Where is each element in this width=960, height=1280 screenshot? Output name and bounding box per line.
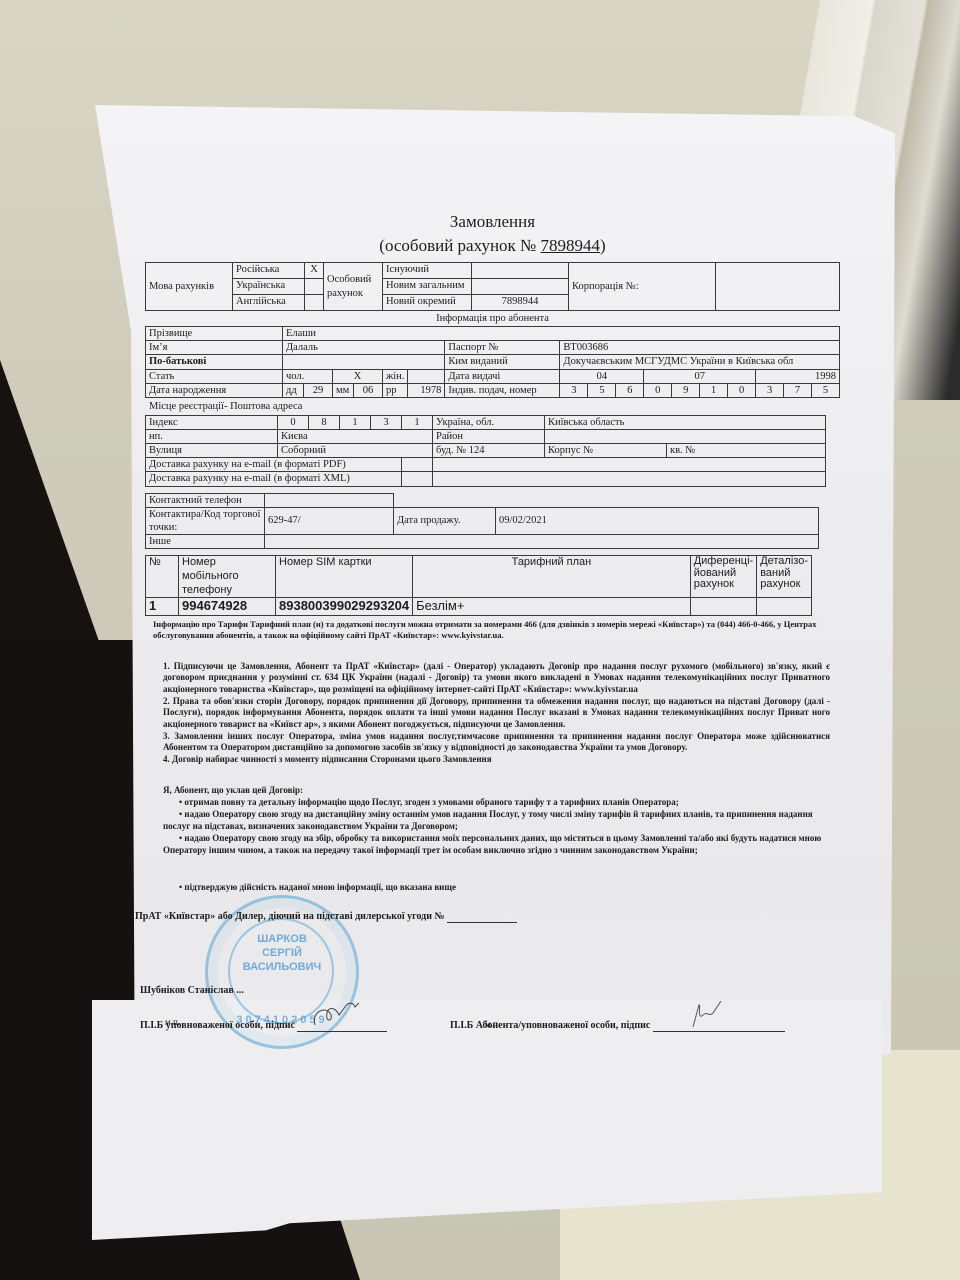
subscriber-section-title: Інформація про абонента xyxy=(145,312,840,325)
agent-name: Шубніков Станіслав ... xyxy=(140,985,244,998)
plan-row-detail xyxy=(757,598,812,615)
personal-account-label: Особовий рахунок xyxy=(324,263,383,311)
birth-day-label: дд xyxy=(283,383,304,397)
patronymic-value xyxy=(283,355,445,369)
issue-date-label: Дата видачі xyxy=(445,369,560,383)
tax-id-digit: 6 xyxy=(616,383,644,397)
subscriber-signature xyxy=(653,1001,785,1033)
address-section-title: Місце реєстрації- Поштова адреса xyxy=(149,400,836,413)
contact-table: Контактний телефон Контактира/Код торгов… xyxy=(145,493,819,550)
block-label: Корпус № xyxy=(545,444,667,458)
subtitle-suffix: ) xyxy=(600,236,606,255)
issue-date-day: 04 xyxy=(560,369,644,383)
region-value: Київська область xyxy=(545,415,826,429)
building-label: буд. № 124 xyxy=(433,444,545,458)
plan-header-diff: Диференці-йований рахунок xyxy=(690,556,756,598)
subscriber-signature-scribble xyxy=(653,1001,785,1027)
street-label: Вулиця xyxy=(146,444,278,458)
district-label: Район xyxy=(433,430,545,444)
subscriber-signature-line: П.І.Б Абонента/уповноваженої особи, підп… xyxy=(450,1001,785,1033)
corporation-label: Корпорація №: xyxy=(569,263,716,311)
city-value: Києва xyxy=(278,430,433,444)
subscriber-agreement: Я, Абонент, що уклав цей Договір: • отри… xyxy=(163,784,830,893)
language-mark xyxy=(305,295,324,311)
account-type-label: Новим загальним xyxy=(383,279,472,295)
tariff-info-note: Інформацію про Тарифи Тарифний план (и) … xyxy=(153,619,832,641)
tax-id-digit: 0 xyxy=(644,383,672,397)
sex-mark: X xyxy=(333,369,383,383)
birth-label: Дата народження xyxy=(146,383,283,397)
birth-year: 1978 xyxy=(408,383,445,397)
other-label: Інше xyxy=(146,534,265,548)
agreement-item: • надаю Оператору свою згоду на дистанці… xyxy=(163,808,830,832)
language-mark: X xyxy=(305,263,324,279)
city-label: нп. xyxy=(146,430,278,444)
clause-1: 1. Підписуючи це Замовлення, Абонент та … xyxy=(163,661,830,696)
subscriber-seal-label: м.п. xyxy=(485,1019,500,1030)
agreement-intro: Я, Абонент, що уклав цей Договір: xyxy=(163,784,830,796)
dealer-line: ПрАТ «Київстар» або Дилер, діючий на під… xyxy=(135,911,517,924)
index-digit: 1 xyxy=(340,415,371,429)
issued-by-value: Докучаєвським МСГУДМС України в Київська… xyxy=(560,355,840,369)
delivery-pdf-label: Доставка рахунку на e-mail (в форматі PD… xyxy=(146,458,402,472)
tax-id-digit: 1 xyxy=(700,383,728,397)
agent-signature xyxy=(297,1001,387,1033)
street-value: Соборний xyxy=(278,444,433,458)
account-type-label: Існуючий xyxy=(383,263,472,279)
delivery-pdf-value xyxy=(433,458,826,472)
plan-row-tariff: Безлім+ xyxy=(413,598,691,615)
delivery-xml-check xyxy=(402,472,433,486)
name-label: Ім’я xyxy=(146,341,283,355)
surname-label: Прізвище xyxy=(146,327,283,341)
plan-header-sim: Номер SIM картки xyxy=(276,556,413,598)
delivery-xml-value xyxy=(433,472,826,486)
tax-id-digit: 0 xyxy=(728,383,756,397)
agreement-item: • надаю Оператору свою згоду на збір, об… xyxy=(163,832,830,856)
account-number: 7898944 xyxy=(541,236,601,255)
dealer-line-text: ПрАТ «Київстар» або Дилер, діючий на під… xyxy=(135,911,445,922)
index-label: Індекс xyxy=(146,415,278,429)
delivery-pdf-check xyxy=(402,458,433,472)
tax-id-digit: 9 xyxy=(672,383,700,397)
plan-row: 1 994674928 893800399029293204 Безлім+ xyxy=(146,598,812,615)
tax-id-digit: 3 xyxy=(560,383,588,397)
contract-clauses: 1. Підписуючи це Замовлення, Абонент та … xyxy=(163,661,830,766)
birth-year-label: рр xyxy=(383,383,408,397)
agreement-item: • отримав повну та детальну інформацію щ… xyxy=(163,796,830,808)
agent-signature-scribble xyxy=(297,1001,387,1027)
plan-header-num: № xyxy=(146,556,179,598)
issue-date-month: 07 xyxy=(644,369,756,383)
patronymic-label: По-батькові xyxy=(146,355,283,369)
male-label: чол. xyxy=(283,369,333,383)
issue-date-year: 1998 xyxy=(756,369,840,383)
agent-label: П.І.Б уповноваженої особи, підпис xyxy=(140,1020,295,1031)
clause-4: 4. Договір набирає чинності з моменту пі… xyxy=(163,754,830,766)
tax-id-digit: 3 xyxy=(756,383,784,397)
region-label: Україна, обл. xyxy=(433,415,545,429)
language-option: Російська xyxy=(233,263,305,279)
birth-day: 29 xyxy=(304,383,333,397)
other-value xyxy=(265,534,819,548)
stamp-text: ШАРКОВ СЕРГІЙ ВАСИЛЬОВИЧ xyxy=(208,932,356,974)
stamp-line: СЕРГІЙ xyxy=(208,946,356,960)
plan-header-detail: Деталізо-ваний рахунок xyxy=(757,556,812,598)
account-type-value: 7898944 xyxy=(472,295,569,311)
plan-row-diff xyxy=(690,598,756,615)
sex-label: Стать xyxy=(146,369,283,383)
plan-row-num: 1 xyxy=(146,598,179,615)
apartment-label: кв. № xyxy=(667,444,826,458)
stamp-line: ШАРКОВ xyxy=(208,932,356,946)
passport-label: Паспорт № xyxy=(445,341,560,355)
account-type-value xyxy=(472,279,569,295)
agreement-item: • підтверджую дійсність наданої мною інф… xyxy=(163,881,830,893)
dealer-agreement-number-line xyxy=(447,922,517,923)
plan-table: № Номер мобільного телефону Номер SIM ка… xyxy=(145,555,812,616)
point-code-label: Контактира/Код торгової точки: xyxy=(146,507,265,534)
subscriber-table: Прізвище Елаши Ім’я Далаль Паспорт № ВТ0… xyxy=(145,326,840,398)
plan-row-sim: 893800399029293204 xyxy=(276,598,413,615)
subscriber-label: П.І.Б Абонента/уповноваженої особи, підп… xyxy=(450,1020,650,1031)
clause-3: 3. Замовлення інших послуг Оператора, зм… xyxy=(163,731,830,754)
plan-header-tariff: Тарифний план xyxy=(413,556,691,598)
contact-phone-label: Контактний телефон xyxy=(146,493,265,507)
document-subtitle: (особовий рахунок № 7898944) xyxy=(145,234,840,258)
passport-value: ВТ003686 xyxy=(560,341,840,355)
sale-date-value: 09/02/2021 xyxy=(496,507,819,534)
birth-month-label: мм xyxy=(333,383,354,397)
sex-empty xyxy=(408,369,445,383)
language-option: Англійська xyxy=(233,295,305,311)
account-table: Мова рахунків Російська X Особовий рахун… xyxy=(145,262,840,311)
corporation-value xyxy=(716,263,840,311)
birth-month: 06 xyxy=(354,383,383,397)
point-code-value: 629-47/ xyxy=(265,507,394,534)
signature-area: ШАРКОВ СЕРГІЙ ВАСИЛЬОВИЧ 3074102059 ПрАТ… xyxy=(145,893,840,1053)
district-value xyxy=(545,430,826,444)
tax-id-label: Індив. подач, номер xyxy=(445,383,560,397)
language-mark xyxy=(305,279,324,295)
plan-row-phone: 994674928 xyxy=(179,598,276,615)
language-label: Мова рахунків xyxy=(146,263,233,311)
plan-header-phone: Номер мобільного телефону xyxy=(179,556,276,598)
contact-empty xyxy=(394,493,819,507)
female-label: жін. xyxy=(383,369,408,383)
issued-by-label: Ким виданий xyxy=(445,355,560,369)
index-digit: 0 xyxy=(278,415,309,429)
stamp-line: ВАСИЛЬОВИЧ xyxy=(208,960,356,974)
order-document: Замовлення (особовий рахунок № 7898944) … xyxy=(145,210,840,1053)
agent-seal-label: м.п. xyxy=(165,1017,180,1028)
contact-phone-value xyxy=(265,493,394,507)
tax-id-digit: 5 xyxy=(812,383,840,397)
sale-date-label: Дата продажу. xyxy=(394,507,496,534)
delivery-xml-label: Доставка рахунку на e-mail (в форматі XM… xyxy=(146,472,402,486)
name-value: Далаль xyxy=(283,341,445,355)
index-digit: 1 xyxy=(402,415,433,429)
clause-2: 2. Права та обов'язки сторін Договору, п… xyxy=(163,696,830,731)
surname-value: Елаши xyxy=(283,327,840,341)
tax-id-digit: 5 xyxy=(588,383,616,397)
tax-id-digit: 7 xyxy=(784,383,812,397)
document-title: Замовлення xyxy=(145,210,840,234)
subtitle-prefix: (особовий рахунок № xyxy=(379,236,540,255)
account-type-label: Новий окремий xyxy=(383,295,472,311)
language-option: Українська xyxy=(233,279,305,295)
address-table: Індекс 0 8 1 3 1 Україна, обл. Київська … xyxy=(145,415,826,487)
index-digit: 3 xyxy=(371,415,402,429)
account-type-value xyxy=(472,263,569,279)
index-digit: 8 xyxy=(309,415,340,429)
